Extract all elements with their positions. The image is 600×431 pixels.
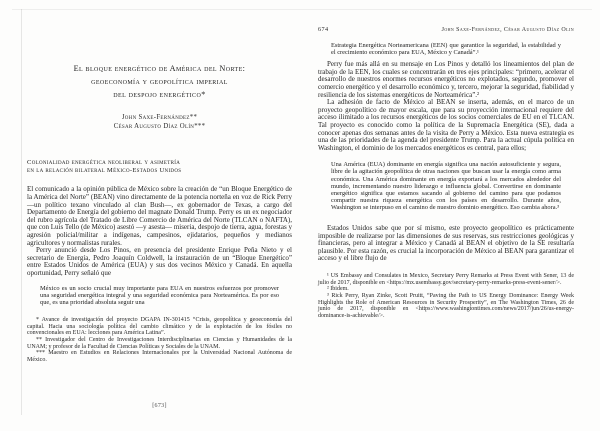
footnotes-section: ¹ US Embassy and Consulates in Mexico, S… <box>318 273 574 320</box>
section-heading-line-2: en la relación bilateral México-Estados … <box>27 167 292 175</box>
running-header-authors: John Saxe-Fernández, César Augusto Díaz … <box>442 27 574 33</box>
chapter-title-line-2: geoeconomía y geopolítica imperial <box>27 75 292 88</box>
footnote-author-2: *** Maestro en Estudios en Relaciones In… <box>27 350 292 363</box>
page-folio: [673] <box>27 403 292 409</box>
chapter-title-line-1: El bloque energético de América del Nort… <box>27 62 292 75</box>
book-spread-scan: El bloque energético de América del Nort… <box>0 0 600 431</box>
body-paragraph: Perry anunció desde Los Pinos, en presen… <box>27 247 292 277</box>
block-quote-continuation: Estrategia Energética Norteamericana (EE… <box>331 42 561 56</box>
block-quote: México es un socio crucial muy important… <box>40 285 279 306</box>
body-paragraph: La adhesión de facto de México al BEAN s… <box>318 99 574 152</box>
footnote-project: * Avance de investigación del proyecto D… <box>27 317 292 337</box>
block-quote: Una América (EUA) dominante en energía s… <box>331 161 561 211</box>
body-paragraph: Perry fue más allá en su mensaje en Los … <box>318 61 574 99</box>
running-header: 674 John Saxe-Fernández, César Augusto D… <box>318 26 574 33</box>
body-paragraph: El comunicado a la opinión pública de Mé… <box>27 186 292 247</box>
section-heading: Colonialidad energética neoliberal y asi… <box>27 159 292 175</box>
author-block: John Saxe-Fernández** César Augusto Díaz… <box>27 113 292 131</box>
page-number: 674 <box>318 26 328 33</box>
chapter-title: El bloque energético de América del Nort… <box>27 62 292 101</box>
footnotes-section: * Avance de investigación del proyecto D… <box>27 317 292 364</box>
author-name-2: César Augusto Díaz Olín*** <box>27 122 292 131</box>
footnote-3: ³ Rick Perry, Ryan Zinke, Scott Pruitt, … <box>318 293 574 320</box>
right-page: 674 John Saxe-Fernández, César Augusto D… <box>318 0 574 431</box>
section-heading-line-1: Colonialidad energética neoliberal y asi… <box>27 159 292 167</box>
footnote-author-1: ** Investigador del Centro de Investigac… <box>27 337 292 350</box>
author-name-1: John Saxe-Fernández** <box>27 113 292 122</box>
body-paragraph: Estados Unidos sabe que por sí mismo, es… <box>318 225 574 263</box>
scan-left-page-edge <box>21 9 22 415</box>
footnote-1: ¹ US Embassy and Consulates in Mexico, S… <box>318 273 574 286</box>
chapter-title-line-3: del despojo energético* <box>27 88 292 101</box>
left-page: El bloque energético de América del Nort… <box>27 0 292 431</box>
